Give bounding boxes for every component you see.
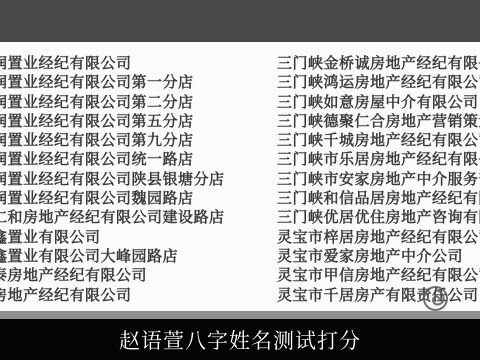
company-list-item: 三门峡德聚仁合房地产营销策划有限公司 [277, 112, 480, 131]
company-list-item: 三门峡优居优住房地产咨询有限公司 [277, 208, 480, 227]
company-list-item: 润置业经纪有限公司魏园路店 [0, 189, 272, 208]
company-list-item: 三门峡市乐居房地产经纪有限公司 [277, 150, 480, 169]
company-list-item: 三门峡千城房地产经纪有限公司 [277, 131, 480, 150]
circular-logo-watermark-icon [422, 285, 449, 311]
caption-title: 赵语萱八字姓名测试打分 [119, 325, 361, 355]
company-list-item: 仁和房地产经纪有限公司建设路店 [0, 208, 272, 227]
company-list-item: 三门峡和信品居房地产经纪有限公司 [277, 189, 480, 208]
company-list-item: 灵宝市爱家房地产中介公司 [277, 247, 480, 266]
top-letterbox-band [0, 0, 480, 42]
company-list-item: 三门峡如意房屋中介有限公司 [277, 93, 480, 112]
company-list-item: 鑫置业有限公司大峰园路店 [0, 247, 272, 266]
company-list-item: 三门峡市安家房地产中介服务部 [277, 170, 480, 189]
company-list-item: 润置业经纪有限公司统一路店 [0, 150, 272, 169]
company-list-left-column: 润置业经纪有限公司润置业经纪有限公司第一分店润置业经纪有限公司第二分店润置业经纪… [0, 54, 272, 305]
company-list-item: 鑫置业有限公司 [0, 228, 272, 247]
company-list-item: 润置业经纪有限公司第九分店 [0, 131, 272, 150]
video-frame: 润置业经纪有限公司润置业经纪有限公司第一分店润置业经纪有限公司第二分店润置业经纪… [0, 0, 480, 360]
company-list-item: 润置业经纪有限公司 [0, 54, 272, 73]
company-list-item: 三门峡鸿运房地产经纪有限公司 [277, 73, 480, 92]
company-list-item: 润置业经纪有限公司第五分店 [0, 112, 272, 131]
company-list-item: 泰房地产经纪有限公司 [0, 266, 272, 285]
company-list-item: 灵宝市甲信房地产经纪有限公司 [277, 266, 480, 285]
company-list-item: 润置业经纪有限公司第二分店 [0, 93, 272, 112]
company-list-page: 润置业经纪有限公司润置业经纪有限公司第一分店润置业经纪有限公司第二分店润置业经纪… [0, 42, 480, 311]
company-list-item: 润置业经纪有限公司陕县银塘分店 [0, 170, 272, 189]
company-list-item: 灵宝市千居房产有限责任公司 [277, 286, 480, 305]
company-list-item: 三门峡金桥诚房地产经纪有限公司 [277, 54, 480, 73]
caption-band: 赵语萱八字姓名测试打分 [0, 319, 480, 360]
bottom-divider-strip [0, 311, 480, 319]
company-list-item: 房地产经纪有限公司 [0, 286, 272, 305]
company-list-right-column: 三门峡金桥诚房地产经纪有限公司三门峡鸿运房地产经纪有限公司三门峡如意房屋中介有限… [277, 54, 480, 305]
company-list-item: 润置业经纪有限公司第一分店 [0, 73, 272, 92]
company-list-item: 灵宝市梓居房地产经纪有限公司 [277, 228, 480, 247]
